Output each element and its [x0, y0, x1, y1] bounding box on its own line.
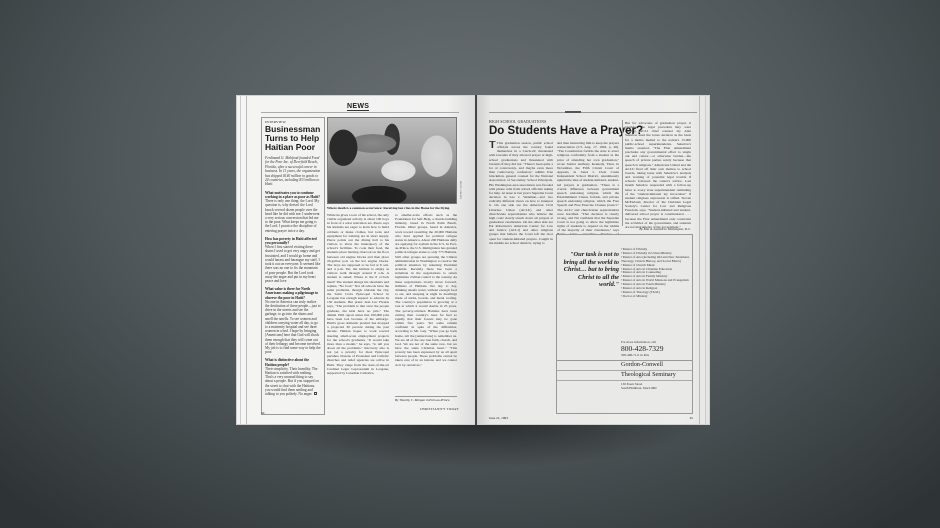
end-mark-icon	[314, 392, 317, 395]
page-shadow	[250, 418, 710, 468]
ad-divider	[557, 380, 692, 381]
interview-question: What motivates you to continue working i…	[265, 191, 321, 199]
ad-phone: 800-428-7329	[621, 344, 664, 353]
rule-mark	[565, 111, 581, 113]
article-byline: By Timothy C. Morgan in Port-au-Prince.	[395, 396, 457, 402]
interview-sidebar: INTERVIEW Businessman Turns to Help Hait…	[261, 117, 325, 415]
interview-dek: Ferdinand G. Mahfood founded Food for th…	[265, 156, 321, 187]
running-footer: CHRISTIANITY TODAY	[420, 407, 459, 411]
page-number: 44	[261, 411, 264, 415]
top-rule	[261, 112, 459, 113]
sidebar-column: But for advocates of graduation prayer, …	[625, 121, 691, 251]
interview-answer: No one in America can truly realize the …	[265, 300, 321, 355]
left-page: NEWS INTERVIEW Businessman Turns to Help…	[236, 95, 476, 425]
top-rule	[489, 112, 697, 113]
ad-phone-ma: 508-468-7111 in MA	[621, 353, 649, 357]
ad-name-line2: Theological Seminary	[621, 371, 676, 378]
article-headline: Do Students Have a Prayer?	[489, 125, 643, 137]
ad-program: Doctor of Ministry	[621, 295, 691, 299]
article-column: While he gives a tour of his school, the…	[327, 213, 389, 406]
interview-answer: There is only one thing: the Lord. My qu…	[265, 199, 321, 233]
ad-address: 130 Essex Street South Hamilton, MA 0198…	[621, 383, 657, 391]
interview-question: What is distinctive about the Haitian pe…	[265, 358, 321, 366]
interview-question: What value is there for North Americans …	[265, 287, 321, 300]
spine-gutter	[475, 95, 477, 425]
drop-cap: T	[489, 141, 496, 150]
magazine-spread: NEWS INTERVIEW Businessman Turns to Help…	[236, 95, 710, 425]
issue-date: June 21, 1993	[489, 416, 508, 420]
interview-headline: Businessman Turns to Help Haitian Poor	[265, 125, 321, 152]
right-page: HIGH SCHOOL GRADUATIONS Do Students Have…	[476, 95, 710, 425]
section-tag: NEWS	[347, 103, 369, 111]
article-column: TThis graduation season, public school o…	[489, 141, 553, 413]
seminary-advertisement: "Our task is not to bring all the world …	[556, 234, 693, 414]
article-column: to smaller-scale efforts such as the Fou…	[395, 213, 457, 393]
page-number: 45	[690, 416, 693, 420]
ad-name-line1: Gordon-Conwell	[621, 361, 663, 368]
article-kicker: HIGH SCHOOL GRADUATIONS	[489, 120, 546, 124]
photo-caption: Where death is a common occurrence: Rece…	[327, 206, 457, 210]
news-photo	[327, 117, 457, 204]
ad-program-list: Master of Divinity Master of Divinity in…	[621, 248, 691, 299]
interview-question: How has poverty in Haiti affected you pe…	[265, 237, 321, 245]
interview-answer: When I first started visiting these slum…	[265, 245, 321, 283]
article-byline: By Kim A. Lawton in Washington, D.C.	[625, 227, 691, 231]
interview-answer: Their simplicity. Their humility. The Ha…	[265, 367, 321, 396]
photo-credit: PHOTO CREDIT	[459, 181, 462, 199]
ad-quote: "Our task is not to bring all the world …	[561, 251, 619, 289]
column-rule	[622, 120, 623, 226]
